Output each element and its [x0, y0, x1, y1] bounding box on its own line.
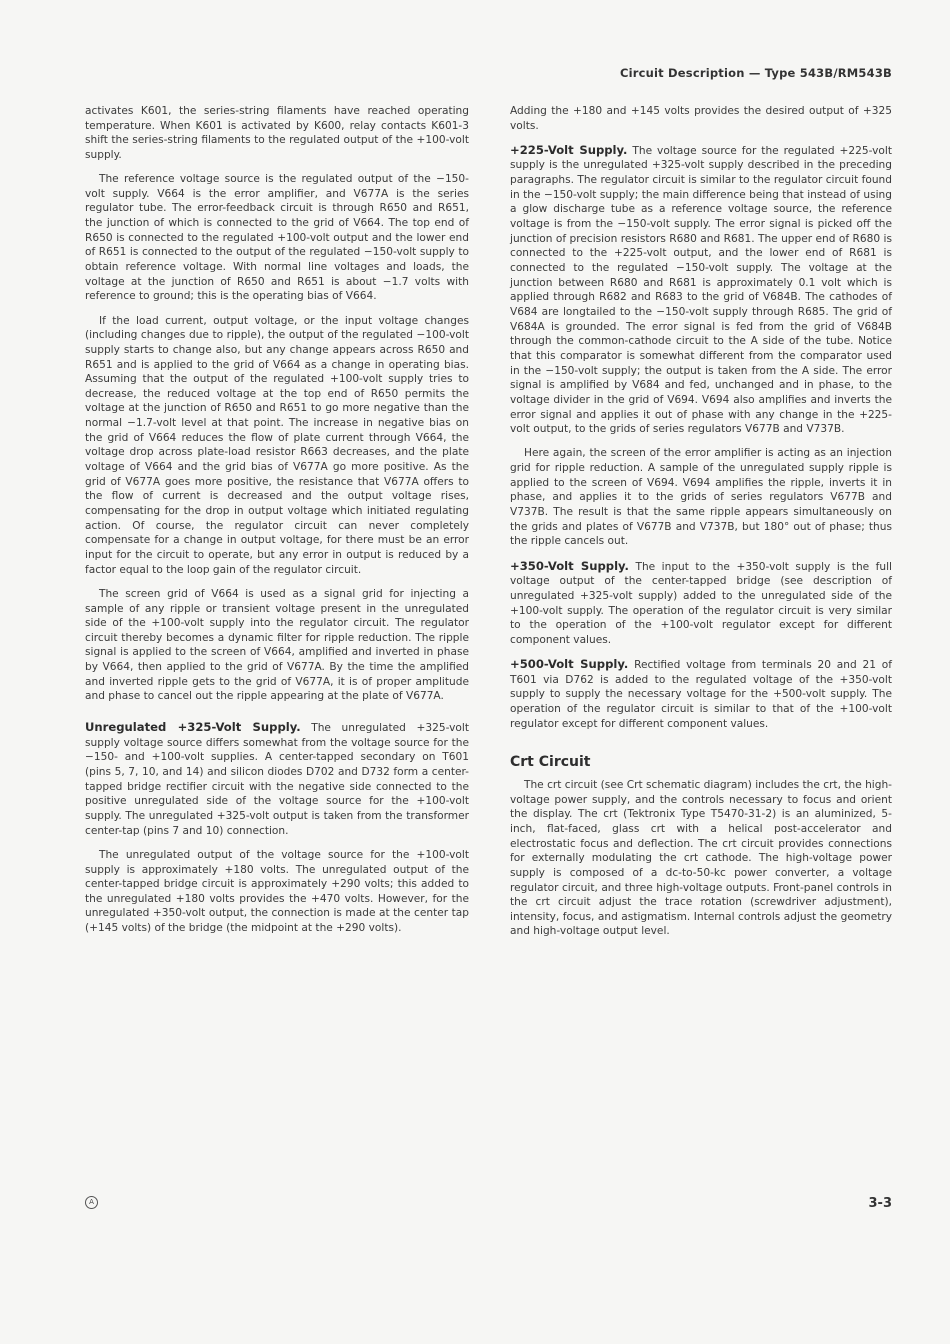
- revision-mark-icon: A: [85, 1196, 98, 1209]
- section-title-crt-circuit: Crt Circuit: [510, 755, 892, 770]
- paragraph-500-volt-supply: +500-Volt Supply. Rectified voltage from…: [510, 657, 892, 731]
- text-350-volt-supply: The input to the +350-volt supply is the…: [510, 561, 892, 646]
- paragraph-225-volt-supply: +225-Volt Supply. The voltage source for…: [510, 143, 892, 437]
- heading-225-volt-supply: +225-Volt Supply.: [510, 143, 627, 157]
- page-number: 3-3: [869, 1196, 893, 1211]
- heading-500-volt-supply: +500-Volt Supply.: [510, 657, 628, 671]
- running-header: Circuit Description — Type 543B/RM543B: [620, 66, 892, 80]
- paragraph-unregulated-325: Unregulated +325-Volt Supply. The unregu…: [85, 720, 469, 838]
- text-225-volt-supply: The voltage source for the regulated +22…: [510, 145, 892, 435]
- paragraph-adding-volts: Adding the +180 and +145 volts provides …: [510, 104, 892, 133]
- paragraph-unregulated-output: The unregulated output of the voltage so…: [85, 848, 469, 936]
- paragraph-screen-grid-ripple: The screen grid of V664 is used as a sig…: [85, 587, 469, 704]
- paragraph-relay-filaments: activates K601, the series-string filame…: [85, 104, 469, 163]
- paragraph-reference-voltage: The reference voltage source is the regu…: [85, 172, 469, 304]
- text-unregulated-325: The unregulated +325-volt supply voltage…: [85, 722, 469, 837]
- heading-unregulated-325: Unregulated +325-Volt Supply.: [85, 720, 301, 734]
- left-column: activates K601, the series-string filame…: [85, 104, 469, 945]
- paragraph-regulation-action: If the load current, output voltage, or …: [85, 314, 469, 578]
- paragraph-ripple-injection: Here again, the screen of the error ampl…: [510, 446, 892, 549]
- right-column: Adding the +180 and +145 volts provides …: [510, 104, 892, 949]
- paragraph-crt-circuit: The crt circuit (see Crt schematic diagr…: [510, 778, 892, 939]
- paragraph-350-volt-supply: +350-Volt Supply. The input to the +350-…: [510, 559, 892, 648]
- heading-350-volt-supply: +350-Volt Supply.: [510, 559, 629, 573]
